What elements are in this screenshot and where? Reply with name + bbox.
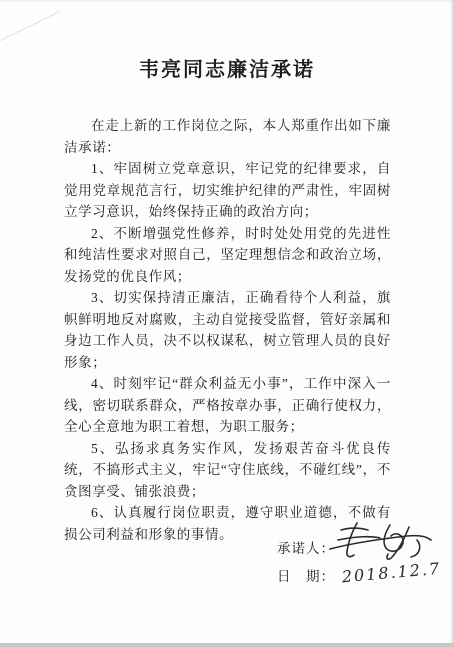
scan-edge-top [0,0,454,2]
paragraph-intro: 在走上新的工作岗位之际，本人郑重作出如下廉洁承诺： [64,115,391,158]
paragraph-item-5: 5、弘扬求真务实作风，发扬艰苦奋斗优良传统，不搞形式主义，牢记“守住底线，不碰红… [64,438,391,503]
signer-row: 承诺人： [277,533,441,561]
document-title: 韦亮同志廉洁承诺 [0,0,454,84]
date-value: 2018.12.7 [341,558,442,586]
paragraph-item-1: 1、牢固树立党章意识，牢记党的纪律要求，自觉用党章规范言行，切实维护纪律的严肃性… [64,158,391,223]
scan-edge-bottom [0,643,454,647]
scanned-document-page: 韦亮同志廉洁承诺 在走上新的工作岗位之际，本人郑重作出如下廉洁承诺： 1、牢固树… [0,0,454,647]
signature-block: 承诺人： 日 期： 2018.12.7 [277,533,441,589]
scan-edge-right [450,0,454,647]
document-body: 在走上新的工作岗位之际，本人郑重作出如下廉洁承诺： 1、牢固树立党章意识，牢记党… [64,115,391,545]
paragraph-item-4: 4、时刻牢记“群众利益无小事”，工作中深入一线，密切联系群众，严格按章办事，正确… [64,373,391,438]
date-row: 日 期： 2018.12.7 [277,561,441,589]
date-label: 日 期： [277,565,335,585]
signature-handwriting-icon [327,518,435,564]
paragraph-item-2: 2、不断增强党性修养，时时处处用党的先进性和纯洁性要求对照自己，坚定理想信念和政… [64,223,391,288]
paragraph-item-3: 3、切实保持清正廉洁，正确看待个人利益，旗帜鲜明地反对腐败，主动自觉接受监督，管… [64,287,391,373]
